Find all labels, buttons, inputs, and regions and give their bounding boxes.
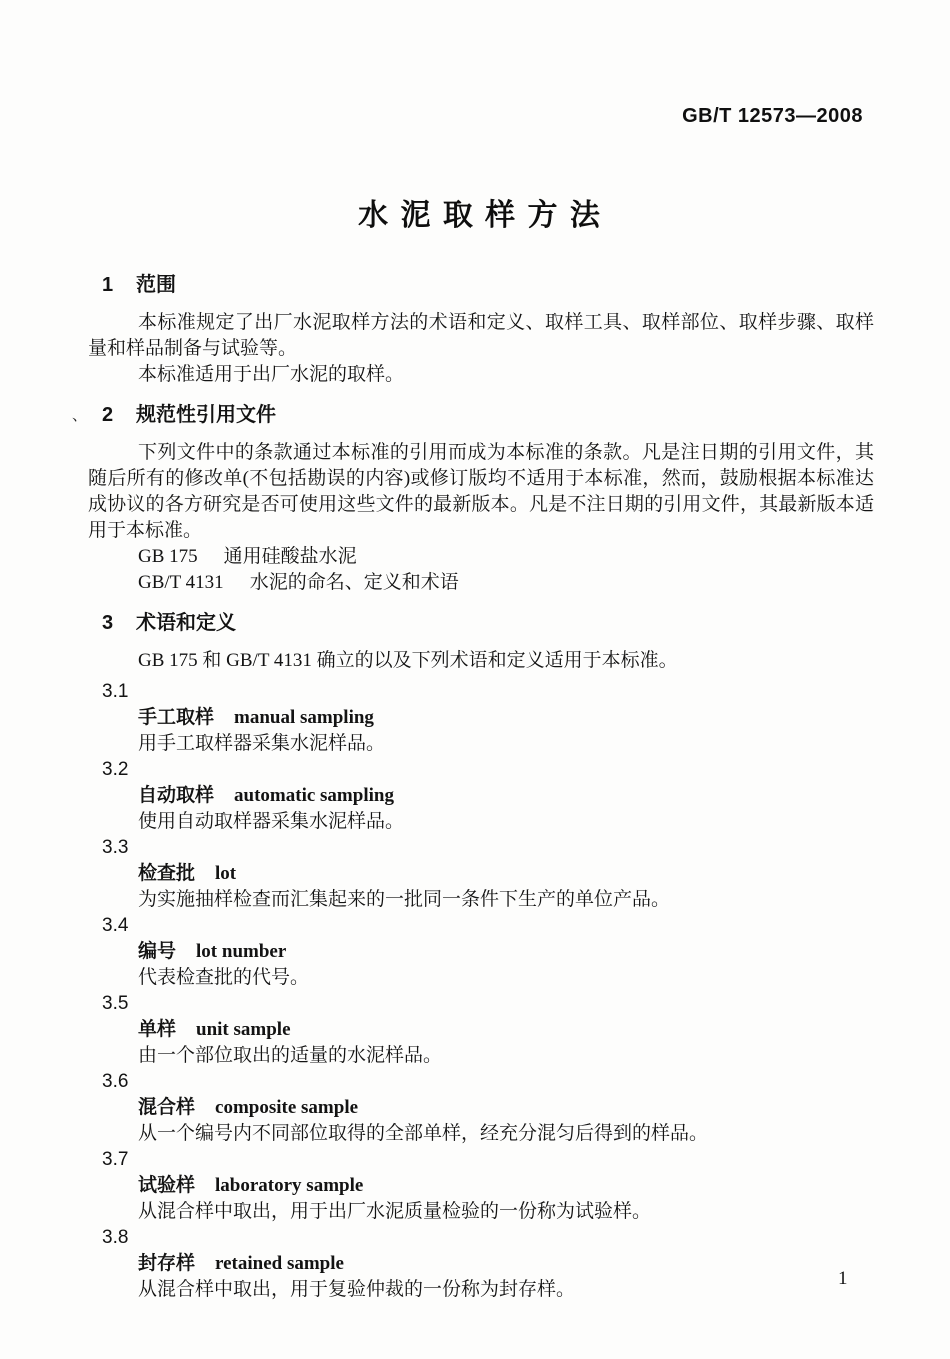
section-title: 术语和定义 (136, 612, 236, 634)
terms-list: 3.1 手工取样manual sampling 用手工取样器采集水泥样品。 3.… (88, 679, 874, 1303)
term-name-en: laboratory sample (215, 1175, 363, 1196)
term-name-en: lot number (196, 941, 286, 962)
term-block: 3.6 混合样composite sample 从一个编号内不同部位取得的全部单… (88, 1069, 874, 1147)
term-name-zh: 试验样 (138, 1175, 195, 1196)
reference-code: GB 175 (138, 546, 198, 567)
term-block: 3.7 试验样laboratory sample 从混合样中取出，用于出厂水泥质… (88, 1147, 874, 1225)
term-number: 3.3 (88, 835, 874, 861)
paragraph: 本标准适用于出厂水泥的取样。 (88, 362, 874, 388)
reference-name: 通用硅酸盐水泥 (224, 546, 357, 567)
term-name-en: composite sample (215, 1097, 358, 1118)
term-definition: 为实施抽样检查而汇集起来的一批同一条件下生产的单位产品。 (88, 887, 874, 913)
term-name-zh: 混合样 (138, 1097, 195, 1118)
term-definition: 使用自动取样器采集水泥样品。 (88, 809, 874, 835)
document-body: 1范围 本标准规定了出厂水泥取样方法的术语和定义、取样工具、取样部位、取样步骤、… (88, 272, 874, 1303)
term-definition: 从混合样中取出，用于复验仲裁的一份称为封存样。 (88, 1277, 874, 1303)
section-number: 2 (102, 402, 120, 428)
section-heading-1: 1范围 (88, 272, 874, 298)
term-name-zh: 编号 (138, 941, 176, 962)
document-title: 水 泥 取 样 方 法 (10, 190, 950, 234)
term-name-en: automatic sampling (234, 785, 394, 806)
term-name: 封存样retained sample (88, 1251, 874, 1277)
paragraph: GB 175 和 GB/T 4131 确立的以及下列术语和定义适用于本标准。 (88, 648, 874, 674)
term-name-en: unit sample (196, 1019, 291, 1040)
term-block: 3.5 单样unit sample 由一个部位取出的适量的水泥样品。 (88, 991, 874, 1069)
term-definition: 代表检查批的代号。 (88, 965, 874, 991)
term-definition: 从混合样中取出，用于出厂水泥质量检验的一份称为试验样。 (88, 1199, 874, 1225)
paragraph: 下列文件中的条款通过本标准的引用而成为本标准的条款。凡是注日期的引用文件，其随后… (88, 440, 874, 544)
term-name-en: retained sample (215, 1253, 344, 1274)
term-number: 3.1 (88, 679, 874, 705)
term-definition: 从一个编号内不同部位取得的全部单样，经充分混匀后得到的样品。 (88, 1121, 874, 1147)
term-name-zh: 单样 (138, 1019, 176, 1040)
term-number: 3.6 (88, 1069, 874, 1095)
reference-name: 水泥的命名、定义和术语 (250, 572, 459, 593)
section-number: 3 (102, 610, 120, 636)
standard-code: GB/T 12573—2008 (682, 105, 863, 128)
section-number: 1 (102, 272, 120, 298)
section-heading-2: 、 2规范性引用文件 (88, 402, 874, 428)
page-number: 1 (838, 1268, 848, 1290)
term-number: 3.5 (88, 991, 874, 1017)
term-name: 编号lot number (88, 939, 874, 965)
section-title: 规范性引用文件 (136, 404, 276, 426)
term-name: 自动取样automatic sampling (88, 783, 874, 809)
term-name-zh: 检查批 (138, 863, 195, 884)
term-name-zh: 自动取样 (138, 785, 214, 806)
term-number: 3.2 (88, 757, 874, 783)
term-block: 3.2 自动取样automatic sampling 使用自动取样器采集水泥样品… (88, 757, 874, 835)
paragraph: 本标准规定了出厂水泥取样方法的术语和定义、取样工具、取样部位、取样步骤、取样量和… (88, 310, 874, 362)
term-name: 单样unit sample (88, 1017, 874, 1043)
term-number: 3.7 (88, 1147, 874, 1173)
reference-line: GB 175通用硅酸盐水泥 (88, 544, 874, 570)
term-number: 3.8 (88, 1225, 874, 1251)
document-page: GB/T 12573—2008 水 泥 取 样 方 法 1范围 本标准规定了出厂… (0, 0, 950, 1359)
term-block: 3.8 封存样retained sample 从混合样中取出，用于复验仲裁的一份… (88, 1225, 874, 1303)
term-block: 3.4 编号lot number 代表检查批的代号。 (88, 913, 874, 991)
section-title: 范围 (136, 274, 176, 296)
term-name: 试验样laboratory sample (88, 1173, 874, 1199)
term-name-zh: 手工取样 (138, 707, 214, 728)
section-heading-3: 3术语和定义 (88, 610, 874, 636)
term-block: 3.1 手工取样manual sampling 用手工取样器采集水泥样品。 (88, 679, 874, 757)
term-number: 3.4 (88, 913, 874, 939)
term-name-en: manual sampling (234, 707, 374, 728)
term-definition: 由一个部位取出的适量的水泥样品。 (88, 1043, 874, 1069)
term-name: 手工取样manual sampling (88, 705, 874, 731)
reference-line: GB/T 4131水泥的命名、定义和术语 (88, 570, 874, 596)
term-name-zh: 封存样 (138, 1253, 195, 1274)
term-name: 混合样composite sample (88, 1095, 874, 1121)
scan-speckle: 、 (72, 403, 87, 429)
term-definition: 用手工取样器采集水泥样品。 (88, 731, 874, 757)
term-name-en: lot (215, 863, 236, 884)
term-block: 3.3 检查批lot 为实施抽样检查而汇集起来的一批同一条件下生产的单位产品。 (88, 835, 874, 913)
term-name: 检查批lot (88, 861, 874, 887)
reference-code: GB/T 4131 (138, 572, 224, 593)
